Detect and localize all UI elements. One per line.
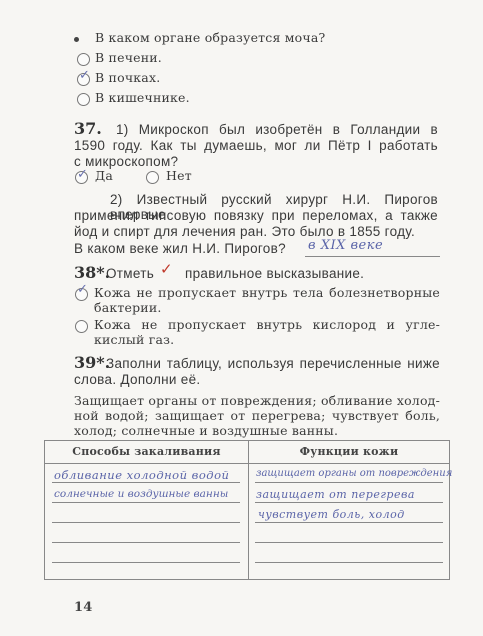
- answer-line: [255, 502, 443, 503]
- q38-instruction-before: Отметь: [106, 266, 154, 281]
- q38-option-line: Кожа не пропускает внутрь кислород и угл…: [94, 317, 440, 332]
- checkmark-icon: ✓: [77, 283, 88, 296]
- q38-option-line: Кожа не пропускает внутрь тела болезнетв…: [94, 285, 440, 300]
- q39-words-line: ной водой; защищает от перегрева; чувств…: [74, 408, 440, 423]
- option-label: Да: [95, 168, 113, 183]
- q38-option-line: кислый газ.: [94, 332, 174, 347]
- q38-instruction-after: правильное высказывание.: [185, 266, 364, 281]
- option-label: В кишечнике.: [95, 90, 190, 105]
- bullet-icon: [74, 37, 79, 42]
- q39-instruction-line: Заполни таблицу, используя перечисленные…: [106, 356, 440, 371]
- table-cell-skin-function[interactable]: защищает органы от повреждения: [256, 468, 452, 479]
- radio-option-oxygen[interactable]: [75, 320, 88, 333]
- q39-words-line: холод; солнечные и воздушные ванны.: [74, 423, 338, 438]
- q37-part1-line: 1) Микроскоп был изобретён в Голландии в: [116, 122, 438, 137]
- q39-instruction-line: слова. Дополни её.: [74, 372, 200, 387]
- answer-line: [52, 522, 240, 523]
- q36-question: В каком органе образуется моча?: [95, 30, 325, 45]
- table-header-hardening: Способы закаливания: [45, 445, 248, 458]
- question-number-38: 38*.: [74, 263, 110, 282]
- answer-line: [255, 562, 443, 563]
- answer-line: [52, 542, 240, 543]
- table-header-skin-functions: Функции кожи: [249, 445, 449, 458]
- question-number-39: 39*.: [74, 353, 110, 372]
- answer-pirogov-century[interactable]: в XIX веке: [308, 238, 383, 253]
- radio-option-no[interactable]: [146, 171, 159, 184]
- radio-option-intestine[interactable]: [77, 93, 90, 106]
- q39-words-line: Защищает органы от повреждения; обливани…: [74, 393, 440, 408]
- answer-line: [255, 522, 443, 523]
- page-number: 14: [74, 600, 93, 615]
- answer-line: [52, 502, 240, 503]
- answer-line: [255, 542, 443, 543]
- q38-option-line: бактерии.: [94, 300, 162, 315]
- answer-line: [255, 482, 443, 483]
- radio-option-liver[interactable]: [77, 53, 90, 66]
- answer-line: [52, 482, 240, 483]
- answer-line: [52, 562, 240, 563]
- table-column-divider: [248, 441, 249, 579]
- option-label: В печени.: [95, 50, 162, 65]
- q37-part2-line: применил гипсовую повязку при переломах,…: [74, 208, 438, 223]
- table-cell-hardening[interactable]: обливание холодной водой: [54, 468, 229, 482]
- option-label: Нет: [166, 168, 192, 183]
- q37-part1-line: с микроскопом?: [74, 154, 178, 169]
- q37-part2-line: йод и спирт для лечения ран. Это было в …: [74, 224, 415, 239]
- option-label: В почках.: [95, 70, 160, 85]
- answer-line: [305, 256, 440, 257]
- checkmark-icon: ✓: [79, 69, 90, 82]
- q37-part2-question: В каком веке жил Н.И. Пирогов?: [74, 241, 286, 256]
- table-cell-skin-function[interactable]: защищает от перегрева: [256, 488, 415, 501]
- question-number-37: 37.: [74, 119, 102, 138]
- checkmark-icon: ✓: [77, 168, 88, 181]
- table-cell-skin-function[interactable]: чувствует боль, холод: [258, 508, 405, 521]
- q37-part1-line: 1590 году. Как ты думаешь, мог ли Пётр I…: [74, 138, 438, 153]
- checkmark-sample-icon: ✓: [160, 262, 173, 277]
- table-cell-hardening[interactable]: солнечные и воздушные ванны: [54, 488, 228, 500]
